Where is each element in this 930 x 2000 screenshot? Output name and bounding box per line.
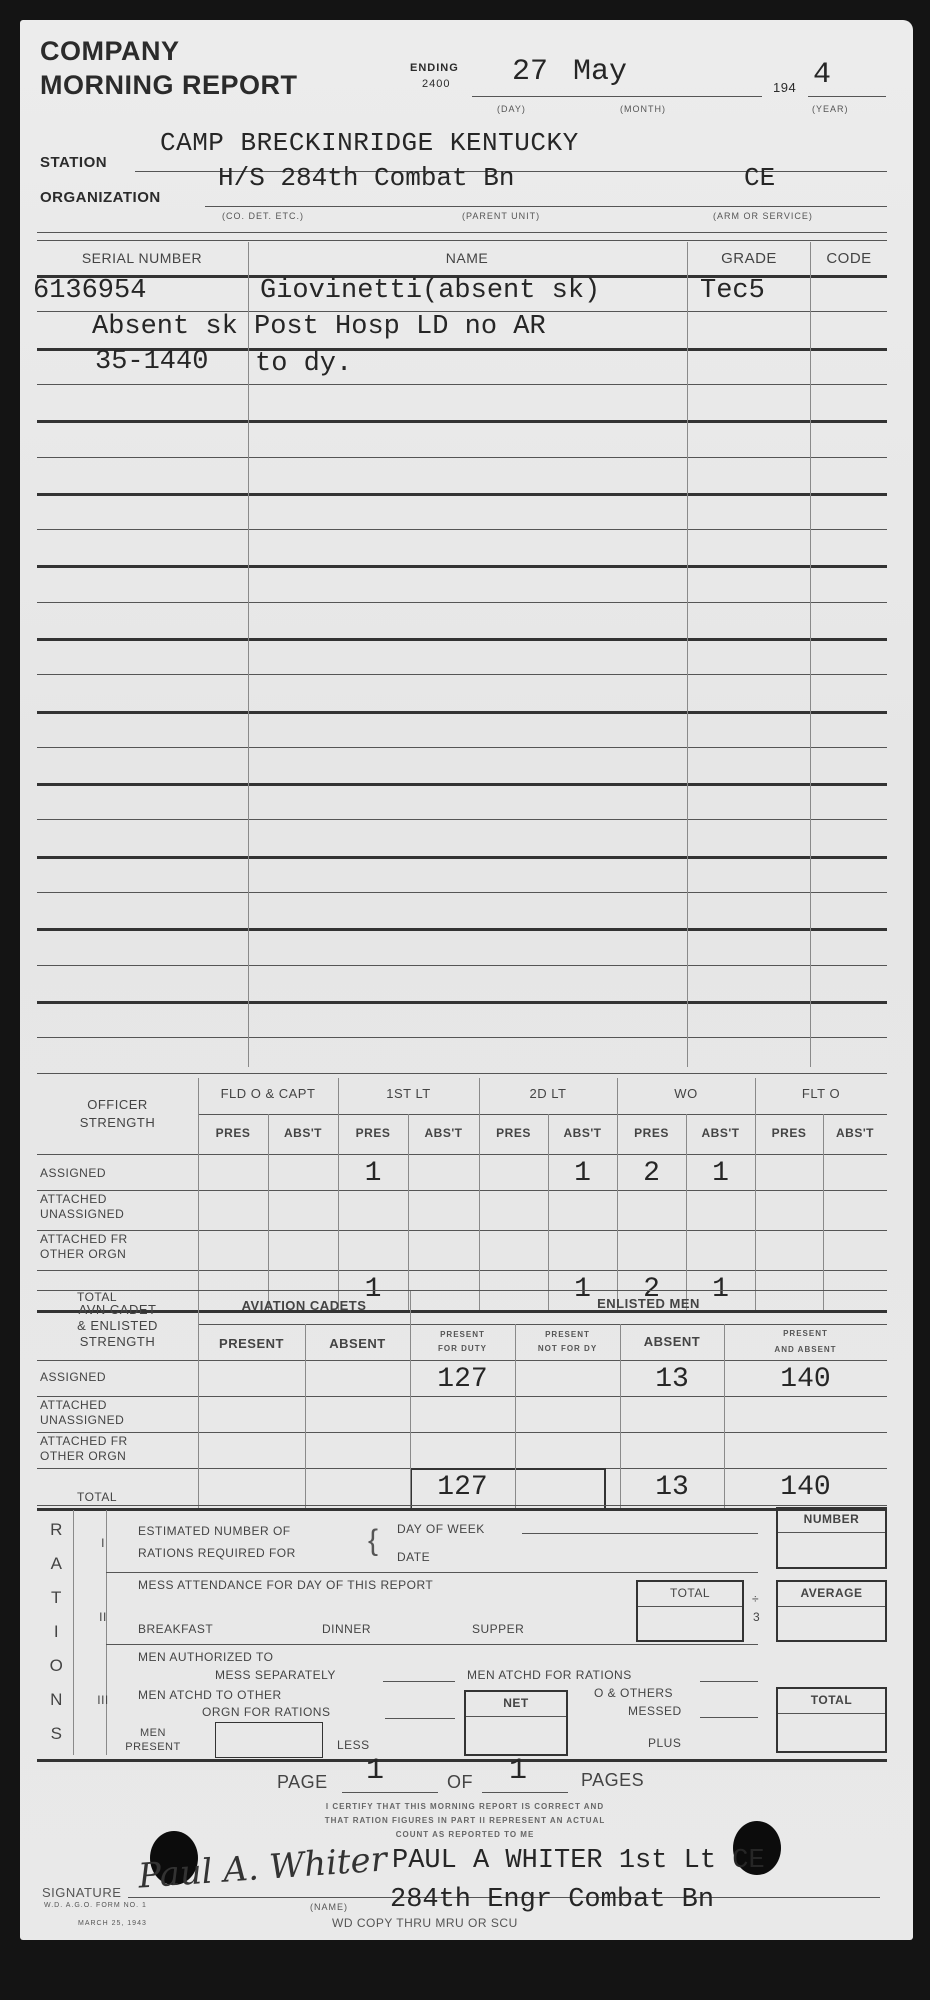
- certify-line3: COUNT AS REPORTED TO ME: [230, 1828, 700, 1842]
- certify-line1: I CERTIFY THAT THIS MORNING REPORT IS CO…: [230, 1800, 700, 1814]
- men-present-label: MEN PRESENT: [118, 1726, 188, 1754]
- divider: [37, 1154, 887, 1155]
- certify-line2: THAT RATION FIGURES IN PART II REPRESENT…: [230, 1814, 700, 1828]
- day-of-week-label: DAY OF WEEK: [397, 1522, 485, 1536]
- enlisted-column-divider: [410, 1290, 411, 1508]
- enlisted-title-line1: AVN CADET: [37, 1302, 198, 1318]
- officer-column-divider: [548, 1114, 549, 1310]
- officer-title-line1: OFFICER: [37, 1096, 198, 1114]
- divider: [37, 1290, 887, 1291]
- date-underline: [472, 96, 762, 97]
- men-present-line1: MEN: [118, 1726, 188, 1740]
- total-pages: 1: [509, 1754, 527, 1788]
- present-for-duty-header: PRESENTFOR DUTY: [410, 1328, 515, 1356]
- entry-remark-line2-text: to dy.: [255, 349, 352, 379]
- officer-subcol-header: PRES: [338, 1126, 408, 1140]
- ending-time: 2400: [422, 78, 450, 90]
- entry-row-line: [37, 457, 887, 458]
- month-value: May: [573, 55, 627, 89]
- men-atchd-other-line2: ORGN FOR RATIONS: [202, 1705, 330, 1719]
- signature-label: SIGNATURE: [42, 1885, 121, 1900]
- officer-group-header: WO: [617, 1086, 755, 1101]
- cadets-present-header: PRESENT: [198, 1336, 305, 1351]
- enlisted-count-cell[interactable]: 127: [410, 1364, 515, 1395]
- officer-row-label: ATTACHED FR OTHER ORGN: [40, 1232, 160, 1262]
- entry-serial: 6136954: [33, 276, 146, 306]
- o-others-messed-field[interactable]: [700, 1717, 758, 1718]
- divider: [106, 1572, 758, 1573]
- divider: [37, 1759, 887, 1762]
- signer-name-typed: PAUL A WHITER 1st Lt CE: [392, 1846, 765, 1876]
- officer-column-divider: [479, 1078, 480, 1310]
- divider: [37, 1505, 887, 1506]
- aviation-cadets-header: AVIATION CADETS: [198, 1298, 410, 1313]
- rations-side-letter: N: [40, 1690, 73, 1710]
- officer-subcol-header: ABS'T: [686, 1126, 755, 1140]
- divide-by-value: 3: [753, 1610, 760, 1624]
- entry-row-line: [37, 674, 887, 675]
- net-box[interactable]: NET: [464, 1690, 568, 1756]
- officer-subcol-header: PRES: [755, 1126, 823, 1140]
- pages-label: PAGES: [581, 1770, 644, 1791]
- entry-row-line: [37, 747, 887, 748]
- entry-row-line: [37, 783, 887, 786]
- officer-column-divider: [268, 1114, 269, 1310]
- officer-subcol-header: PRES: [617, 1126, 686, 1140]
- enlisted-title-line2: & ENLISTED: [37, 1318, 198, 1334]
- divider: [37, 240, 887, 241]
- officer-column-divider: [686, 1114, 687, 1310]
- officer-row-line: [37, 1270, 887, 1271]
- day-caption: (DAY): [497, 104, 526, 114]
- men-authorized-line1: MEN AUTHORIZED TO: [138, 1650, 273, 1664]
- present-not-for-duty-header: PRESENTNOT FOR DY: [515, 1328, 620, 1356]
- entry-row-line: [37, 965, 887, 966]
- less-label: LESS: [337, 1738, 370, 1752]
- divider: [198, 1324, 887, 1325]
- mess-average-label: AVERAGE: [778, 1582, 885, 1607]
- entry-row-line: [37, 711, 887, 714]
- date-label: DATE: [397, 1550, 430, 1564]
- enlisted-column-divider: [515, 1324, 516, 1508]
- enlisted-column-divider: [305, 1324, 306, 1508]
- day-value: 27: [512, 55, 548, 89]
- year-underline: [808, 96, 886, 97]
- mess-separately-field[interactable]: [383, 1681, 455, 1682]
- ration-total-box[interactable]: TOTAL: [776, 1687, 887, 1753]
- col-header-code: CODE: [811, 250, 887, 267]
- ration-number-box[interactable]: NUMBER: [776, 1507, 887, 1569]
- men-atchd-for-rations-label: MEN ATCHD FOR RATIONS: [467, 1668, 632, 1682]
- enlisted-count-cell[interactable]: 13: [620, 1364, 724, 1395]
- part-i-numeral: I: [97, 1536, 109, 1550]
- entry-name: Giovinetti(absent sk): [260, 276, 600, 306]
- part-iii-numeral: III: [96, 1693, 110, 1707]
- present-and-absent-header: PRESENTAND ABSENT: [724, 1326, 887, 1358]
- enlisted-row-label: ASSIGNED: [40, 1370, 160, 1385]
- pa-line2: AND ABSENT: [724, 1342, 887, 1358]
- rations-side-letter: S: [40, 1724, 73, 1744]
- part-i-text-line1: ESTIMATED NUMBER OF: [138, 1524, 291, 1538]
- pfd-line2: FOR DUTY: [410, 1342, 515, 1356]
- entry-row-line: [37, 529, 887, 530]
- entry-row-line: [37, 856, 887, 859]
- mess-average-box[interactable]: AVERAGE: [776, 1580, 887, 1642]
- officer-subcol-header: PRES: [479, 1126, 548, 1140]
- year-prefix: 194: [773, 80, 796, 95]
- enlisted-column-divider: [620, 1324, 621, 1508]
- caption-arm-service: (ARM OR SERVICE): [713, 211, 813, 221]
- mess-total-box[interactable]: TOTAL: [636, 1580, 744, 1642]
- officer-group-header: 2D LT: [479, 1086, 617, 1101]
- o-others-line2: MESSED: [628, 1704, 682, 1718]
- col-header-grade: GRADE: [688, 250, 810, 267]
- enlisted-column-divider: [724, 1324, 725, 1508]
- entry-row-line: [37, 1037, 887, 1038]
- enlisted-title-line3: STRENGTH: [37, 1334, 198, 1350]
- entry-row-line: [37, 384, 887, 385]
- men-present-box[interactable]: [215, 1722, 323, 1758]
- officer-subcol-header: ABS'T: [268, 1126, 338, 1140]
- enlisted-count-cell[interactable]: 140: [724, 1364, 887, 1395]
- divider: [198, 1114, 887, 1115]
- dinner-label: DINNER: [322, 1622, 371, 1636]
- enlisted-men-header: ENLISTED MEN: [410, 1296, 887, 1311]
- month-caption: (MONTH): [620, 104, 666, 114]
- station-value: CAMP BRECKINRIDGE KENTUCKY: [160, 128, 579, 158]
- enlisted-row-line: [37, 1396, 887, 1397]
- entry-row-line: [37, 892, 887, 893]
- caption-parent-unit: (PARENT UNIT): [462, 211, 540, 221]
- form-title-line2: MORNING REPORT: [40, 70, 298, 100]
- officer-column-divider: [823, 1114, 824, 1310]
- part-i-text-line2: RATIONS REQUIRED FOR: [138, 1546, 296, 1560]
- enlisted-row-line: [37, 1432, 887, 1433]
- divider: [37, 1360, 887, 1361]
- officer-column-divider: [617, 1078, 618, 1310]
- rations-side-letter: R: [40, 1520, 73, 1540]
- divider: [37, 232, 887, 233]
- officer-strength-title: OFFICERSTRENGTH: [37, 1096, 198, 1132]
- officer-title-line2: STRENGTH: [37, 1114, 198, 1132]
- ending-label: ENDING: [410, 62, 459, 74]
- men-authorized-line2: MESS SEPARATELY: [215, 1668, 336, 1682]
- entry-grade: Tec5: [700, 276, 765, 306]
- entry-row-line: [37, 493, 887, 496]
- entry-row-line: [37, 1001, 887, 1004]
- officer-count-cell[interactable]: 1: [338, 1158, 408, 1189]
- rations-side-letter: T: [40, 1588, 73, 1608]
- men-atchd-other-line1: MEN ATCHD TO OTHER: [138, 1688, 282, 1702]
- pfd-line1: PRESENT: [410, 1328, 515, 1342]
- officer-column-divider: [755, 1078, 756, 1310]
- o-others-line1: O & OTHERS: [594, 1686, 673, 1700]
- entry-row-line: [37, 638, 887, 641]
- officer-column-divider: [408, 1114, 409, 1310]
- of-label: OF: [447, 1772, 473, 1793]
- organization-arm-value: CE: [744, 163, 775, 193]
- brace-icon: {: [368, 1522, 378, 1560]
- signer-unit-typed: 284th Engr Combat Bn: [390, 1885, 714, 1915]
- year-caption: (YEAR): [812, 104, 849, 114]
- officer-subcol-header: ABS'T: [823, 1126, 887, 1140]
- entry-column-divider: [810, 242, 811, 1067]
- enlisted-column-divider: [198, 1290, 199, 1508]
- enlisted-row-label: TOTAL: [37, 1490, 157, 1504]
- officer-group-header: FLD O & CAPT: [198, 1086, 338, 1101]
- officer-subcol-header: ABS'T: [548, 1126, 617, 1140]
- organization-label: ORGANIZATION: [40, 189, 161, 206]
- certification-text: I CERTIFY THAT THIS MORNING REPORT IS CO…: [230, 1800, 700, 1842]
- enlisted-strength-title: AVN CADET& ENLISTEDSTRENGTH: [37, 1302, 198, 1350]
- men-present-line2: PRESENT: [118, 1740, 188, 1754]
- enlisted-row-label: ATTACHED FR OTHER ORGN: [40, 1434, 160, 1464]
- entry-row-line: [37, 819, 887, 820]
- pnfd-line2: NOT FOR DY: [515, 1342, 620, 1356]
- divider: [73, 1510, 74, 1755]
- pa-line1: PRESENT: [724, 1326, 887, 1342]
- officer-group-header: 1ST LT: [338, 1086, 479, 1101]
- organization-underline: [205, 206, 887, 207]
- name-caption: (NAME): [310, 1902, 348, 1912]
- entry-column-divider: [248, 242, 249, 1067]
- officer-count-cell[interactable]: 2: [617, 1158, 686, 1189]
- part-ii-numeral: II: [97, 1610, 109, 1624]
- page-label: PAGE: [277, 1772, 328, 1793]
- officer-subcol-header: ABS'T: [408, 1126, 479, 1140]
- copy-note: WD COPY THRU MRU OR SCU: [332, 1916, 518, 1930]
- supper-label: SUPPER: [472, 1622, 524, 1636]
- officer-count-cell[interactable]: 1: [548, 1158, 617, 1189]
- officer-column-divider: [198, 1078, 199, 1310]
- enlisted-absent-header: ABSENT: [620, 1334, 724, 1349]
- page-number: 1: [366, 1754, 384, 1788]
- page-number-underline: [342, 1792, 438, 1793]
- entry-row-line: [37, 928, 887, 931]
- officer-count-cell[interactable]: 1: [686, 1158, 755, 1189]
- officer-column-divider: [338, 1078, 339, 1310]
- net-label: NET: [466, 1692, 566, 1717]
- col-header-name: NAME: [248, 250, 686, 266]
- entry-remark-line1: Absent sk Post Hosp LD no AR: [92, 312, 546, 342]
- entry-row-line: [37, 565, 887, 568]
- year-value: 4: [813, 58, 831, 92]
- plus-label: PLUS: [648, 1736, 681, 1750]
- enlisted-count-cell[interactable]: 140: [724, 1472, 887, 1503]
- entry-column-divider: [687, 242, 688, 1067]
- divider: [37, 1073, 887, 1074]
- rations-side-letter: A: [40, 1554, 73, 1574]
- divide-icon: ÷: [752, 1592, 759, 1606]
- officer-row-line: [37, 1230, 887, 1231]
- officer-subcol-header: PRES: [198, 1126, 268, 1140]
- men-atchd-for-rations-field[interactable]: [700, 1681, 758, 1682]
- form-number: W.D. A.G.O. FORM NO. 1: [44, 1902, 147, 1909]
- officer-row-label: ASSIGNED: [40, 1166, 160, 1181]
- organization-unit-value: H/S 284th Combat Bn: [218, 163, 514, 193]
- mess-total-label: TOTAL: [638, 1582, 742, 1607]
- entry-row-line: [37, 420, 887, 423]
- rations-side-letter: O: [40, 1656, 73, 1676]
- divider: [106, 1644, 758, 1645]
- officer-row-label: ATTACHED UNASSIGNED: [40, 1192, 160, 1222]
- station-label: STATION: [40, 154, 107, 171]
- form-date: MARCH 25, 1943: [78, 1920, 147, 1927]
- entry-row-line: [37, 602, 887, 603]
- breakfast-label: BREAKFAST: [138, 1622, 213, 1636]
- pnfd-line1: PRESENT: [515, 1328, 620, 1342]
- caption-co-det: (CO. DET. ETC.): [222, 211, 304, 221]
- officer-group-header: FLT O: [755, 1086, 887, 1101]
- number-box-label: NUMBER: [778, 1509, 885, 1533]
- total-pages-underline: [482, 1792, 568, 1793]
- col-header-serial: SERIAL NUMBER: [37, 250, 247, 266]
- enlisted-count-cell[interactable]: 13: [620, 1472, 724, 1503]
- form-title-line1: COMPANY: [40, 36, 180, 66]
- entry-remark-line2-serial: 35-1440: [95, 347, 208, 377]
- mess-attendance-title: MESS ATTENDANCE FOR DAY OF THIS REPORT: [138, 1578, 433, 1592]
- ration-total-label: TOTAL: [778, 1689, 885, 1714]
- day-of-week-field[interactable]: [522, 1533, 758, 1534]
- officer-row-line: [37, 1190, 887, 1191]
- orgn-for-rations-field[interactable]: [385, 1718, 455, 1719]
- cadets-absent-header: ABSENT: [305, 1336, 410, 1351]
- enlisted-row-label: ATTACHED UNASSIGNED: [40, 1398, 160, 1428]
- total-present-box: [410, 1468, 606, 1510]
- rations-side-letter: I: [40, 1622, 73, 1642]
